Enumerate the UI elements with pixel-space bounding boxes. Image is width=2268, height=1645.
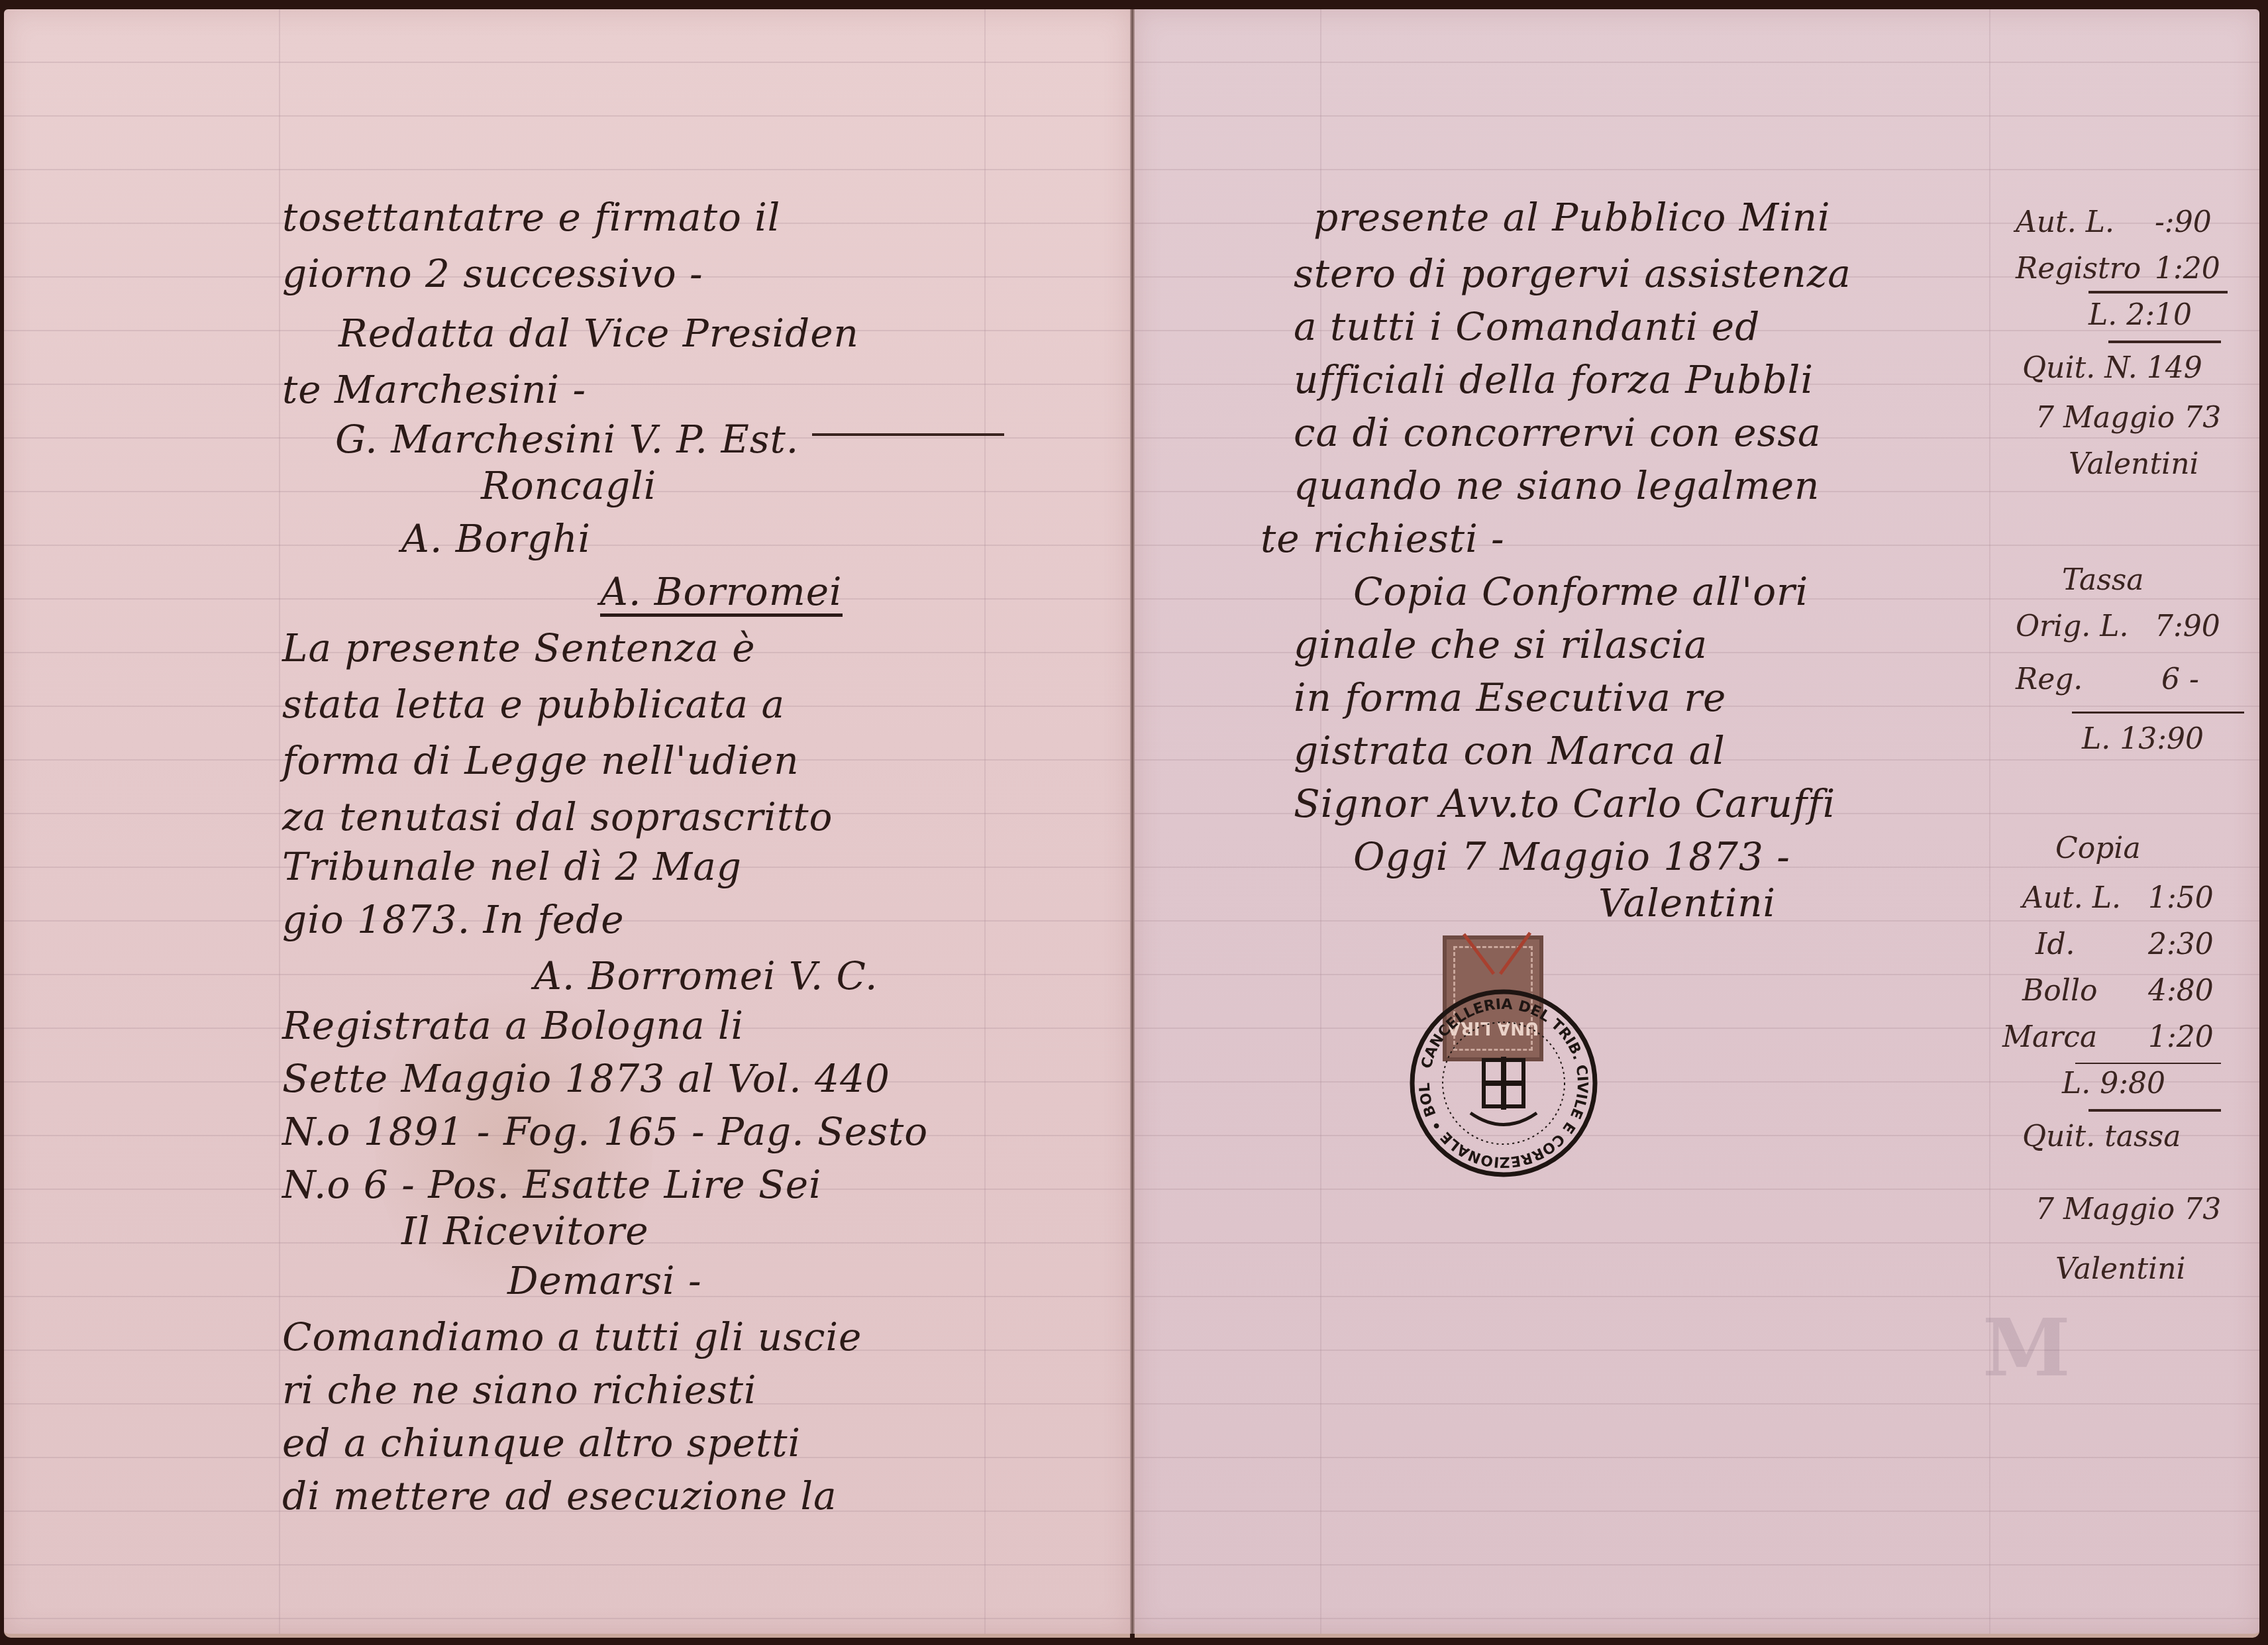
text-line: ufficiali della forza Pubbli	[1294, 360, 1814, 399]
text-line: tosettantatre e firmato il	[282, 198, 780, 237]
left-page: tosettantatre e firmato il giorno 2 succ…	[4, 9, 1130, 1638]
text-line: quando ne siano legalmen	[1294, 466, 1820, 505]
text-line: N.o 6 - Pos. Esatte Lire Sei	[282, 1165, 822, 1204]
text-line: in forma Esecutiva re	[1294, 678, 1726, 717]
signature-borromei: A. Borromei	[600, 572, 843, 617]
margin-rule	[279, 9, 280, 1634]
text-line: ca di concorrervi con essa	[1294, 413, 1822, 452]
signature-valentini: Valentini	[1598, 884, 1776, 922]
copy-title: Copia	[2055, 834, 2141, 863]
tax-title: Tassa	[2062, 566, 2144, 595]
sum-line	[2088, 291, 2228, 293]
copy-fee-label: Aut. L.	[2022, 884, 2121, 913]
text-line: giorno 2 successivo -	[282, 254, 703, 293]
tax-label: Orig. L.	[2016, 612, 2129, 641]
fee-label: Aut. L.	[2016, 208, 2114, 237]
margin-rule	[984, 9, 986, 1634]
document-spread: tosettantatre e firmato il giorno 2 succ…	[0, 0, 2268, 1645]
text-line: za tenutasi dal soprascritto	[282, 798, 833, 836]
copy-total: L. 9:80	[2062, 1069, 2165, 1098]
right-page: M presente al Pubblico Mini stero di por…	[1135, 9, 2259, 1638]
text-line: a tutti i Comandanti ed	[1294, 307, 1760, 346]
fee-amount: -:90	[2155, 208, 2212, 237]
text-line: Signor Avv.to Carlo Caruffi	[1294, 784, 1835, 823]
sum-line	[2075, 1063, 2221, 1064]
text-line: te richiesti -	[1261, 519, 1505, 558]
copy-fee-amount: 2:30	[2148, 930, 2214, 959]
copy-fee-label: Id.	[2036, 930, 2075, 959]
fee-label: Registro	[2016, 254, 2141, 284]
tax-label: Reg.	[2016, 665, 2083, 694]
text-line: Il Ricevitore	[401, 1212, 649, 1250]
text-line: ginale che si rilascia	[1294, 625, 1708, 664]
double-underline	[2088, 1109, 2221, 1112]
text-line: Comandiamo a tutti gli uscie	[282, 1318, 862, 1356]
copy-receipt: Quit. tassa	[2022, 1122, 2181, 1151]
sum-line	[2072, 712, 2244, 714]
signature-marchesini: G. Marchesini V. P. Est.	[335, 420, 799, 458]
text-line: Redatta dal Vice Presiden	[338, 314, 859, 352]
text-line: forma di Legge nell'udien	[282, 741, 799, 780]
fee-amount: 1:20	[2155, 254, 2220, 284]
text-line: Tribunale nel dì 2 Mag	[282, 847, 742, 886]
signature-roncagli: Roncagli	[481, 466, 656, 505]
text-line: ri che ne siano richiesti	[282, 1371, 757, 1409]
copy-signature: Valentini	[2055, 1255, 2186, 1284]
text-line: Sette Maggio 1873 al Vol. 440	[282, 1059, 890, 1098]
receipt-signature: Valentini	[2069, 450, 2199, 479]
copy-fee-amount: 4:80	[2148, 977, 2214, 1006]
signature-borromei-vc: A. Borromei V. C.	[534, 957, 878, 995]
double-underline	[2108, 341, 2221, 343]
receipt-number: Quit. N. 149	[2022, 354, 2202, 383]
stamp-cancel-mark-icon	[1457, 928, 1537, 981]
tax-total: L. 13:90	[2082, 725, 2204, 754]
copy-date: 7 Maggio 73	[2036, 1195, 2221, 1224]
court-seal-icon: CANCELLERIA DEL TRIB. CIVILE E CORREZION…	[1408, 987, 1600, 1179]
text-line: gistrata con Marca al	[1294, 731, 1726, 770]
text-line: stata letta e pubblicata a	[282, 685, 785, 723]
copy-fee-label: Bollo	[2022, 977, 2097, 1006]
signature-demarsi: Demarsi -	[507, 1261, 701, 1300]
copy-fee-amount: 1:50	[2148, 884, 2214, 913]
text-line: te Marchesini -	[282, 370, 586, 409]
watermark-letter: M	[1983, 1301, 2071, 1395]
signature-borghi: A. Borghi	[401, 519, 591, 558]
tax-amount: 7:90	[2155, 612, 2220, 641]
text-line: ed a chiunque altro spetti	[282, 1424, 801, 1462]
text-line: Copia Conforme all'ori	[1353, 572, 1808, 611]
text-line: presente al Pubblico Mini	[1314, 198, 1831, 237]
text-line: stero di porgervi assistenza	[1294, 254, 1851, 293]
signature-flourish	[812, 433, 1004, 436]
receipt-date: 7 Maggio 73	[2036, 403, 2221, 433]
text-line: di mettere ad esecuzione la	[282, 1477, 837, 1515]
text-line: gio 1873. In fede	[282, 900, 624, 939]
text-line: Registrata a Bologna li	[282, 1006, 744, 1045]
copy-fee-label: Marca	[2002, 1023, 2097, 1052]
fee-total: L. 2:10	[2088, 301, 2192, 330]
copy-fee-amount: 1:20	[2148, 1023, 2214, 1052]
text-line: Oggi 7 Maggio 1873 -	[1353, 837, 1790, 876]
text-line: La presente Sentenza è	[282, 629, 756, 667]
page-fold	[1130, 9, 1135, 1634]
tax-amount: 6 -	[2161, 665, 2199, 694]
text-line: N.o 1891 - Fog. 165 - Pag. Sesto	[282, 1112, 928, 1151]
